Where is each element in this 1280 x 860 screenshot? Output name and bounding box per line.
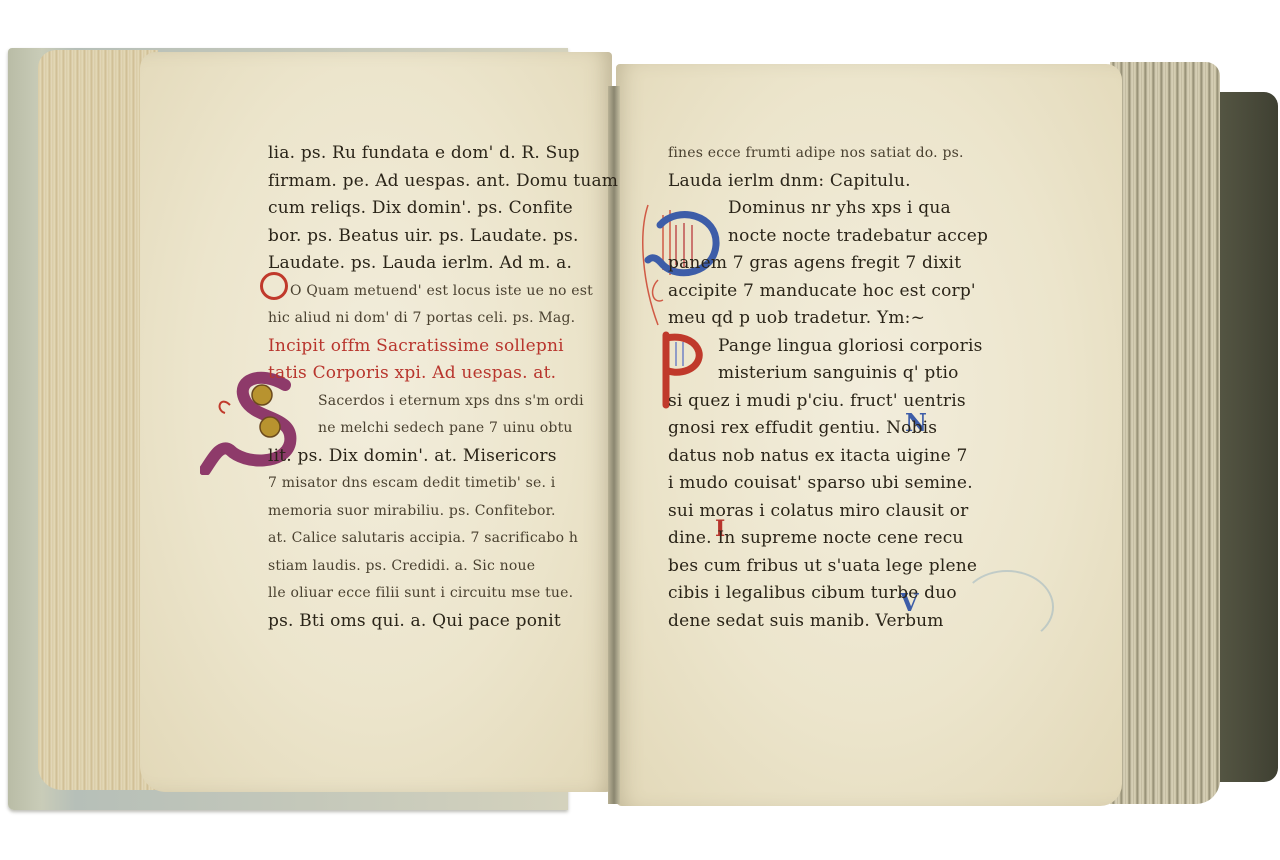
right-page-text: fines ecce frumti adipe nos satiat do. p… xyxy=(668,140,998,635)
text-line: ne melchi sedech pane 7 uinu obtu xyxy=(268,415,598,443)
text-line: lle oliuar ecce filii sunt i circuitu ms… xyxy=(268,580,598,608)
text-line: memoria suor mirabiliu. ps. Confitebor. xyxy=(268,498,598,526)
text-line: cum reliqs. Dix domin'. ps. Confite xyxy=(268,195,598,223)
text-line: stiam laudis. ps. Credidi. a. Sic noue xyxy=(268,553,598,581)
text-line: si quez i mudi p'ciu. fruct' uentris xyxy=(668,388,998,416)
text-line: gnosi rex effudit gentiu. Nobis xyxy=(668,415,998,443)
text-line: fines ecce frumti adipe nos satiat do. p… xyxy=(668,140,998,168)
book-gutter xyxy=(608,86,620,804)
text-line: panem 7 gras agens fregit 7 dixit xyxy=(668,250,998,278)
text-line: at. Calice salutaris accipia. 7 sacrific… xyxy=(268,525,598,553)
rubric-line: tatis Corporis xpi. Ad uespas. at. xyxy=(268,360,598,388)
right-page-edges xyxy=(1110,62,1220,804)
text-line: i mudo couisat' sparso ubi semine. xyxy=(668,470,998,498)
open-manuscript: N I V lia. ps. Ru fundata e dom' d. R. S… xyxy=(0,0,1280,860)
text-line: hic aliud ni dom' di 7 portas celi. ps. … xyxy=(268,305,598,333)
text-line: sui moras i colatus miro clausit or xyxy=(668,498,998,526)
text-line: firmam. pe. Ad uespas. ant. Domu tuam xyxy=(268,168,598,196)
text-line: misterium sanguinis q' ptio xyxy=(668,360,998,388)
text-line: meu qd p uob tradetur. Ym:~ xyxy=(668,305,998,333)
text-line: dene sedat suis manib. Verbum xyxy=(668,608,998,636)
text-line: datus nob natus ex itacta uigine 7 xyxy=(668,443,998,471)
text-line: bes cum fribus ut s'uata lege plene xyxy=(668,553,998,581)
text-line: lia. ps. Ru fundata e dom' d. R. Sup xyxy=(268,140,598,168)
text-line: Pange lingua gloriosi corporis xyxy=(668,333,998,361)
rubric-line: Incipit offm Sacratissime sollepni xyxy=(268,333,598,361)
text-line: accipite 7 manducate hoc est corp' xyxy=(668,278,998,306)
text-line: cibis i legalibus cibum turbe duo xyxy=(668,580,998,608)
text-line: dine. In supreme nocte cene recu xyxy=(668,525,998,553)
left-page-text: lia. ps. Ru fundata e dom' d. R. Sup fir… xyxy=(268,140,598,635)
text-line: ps. Bti oms qui. a. Qui pace ponit xyxy=(268,608,598,636)
text-line: Laudate. ps. Lauda ierlm. Ad m. a. xyxy=(268,250,598,278)
text-line: 7 misator dns escam dedit timetib' se. i xyxy=(268,470,598,498)
text-line: Dominus nr yhs xps i qua xyxy=(668,195,998,223)
text-line: Sacerdos i eternum xps dns s'm ordi xyxy=(268,388,598,416)
text-line: O Quam metuend' est locus iste ue no est xyxy=(268,278,598,306)
text-line: Lauda ierlm dnm: Capitulu. xyxy=(668,168,998,196)
text-line: lit. ps. Dix domin'. at. Misericors xyxy=(268,443,598,471)
text-line: nocte nocte tradebatur accep xyxy=(668,223,998,251)
text-line: bor. ps. Beatus uir. ps. Laudate. ps. xyxy=(268,223,598,251)
